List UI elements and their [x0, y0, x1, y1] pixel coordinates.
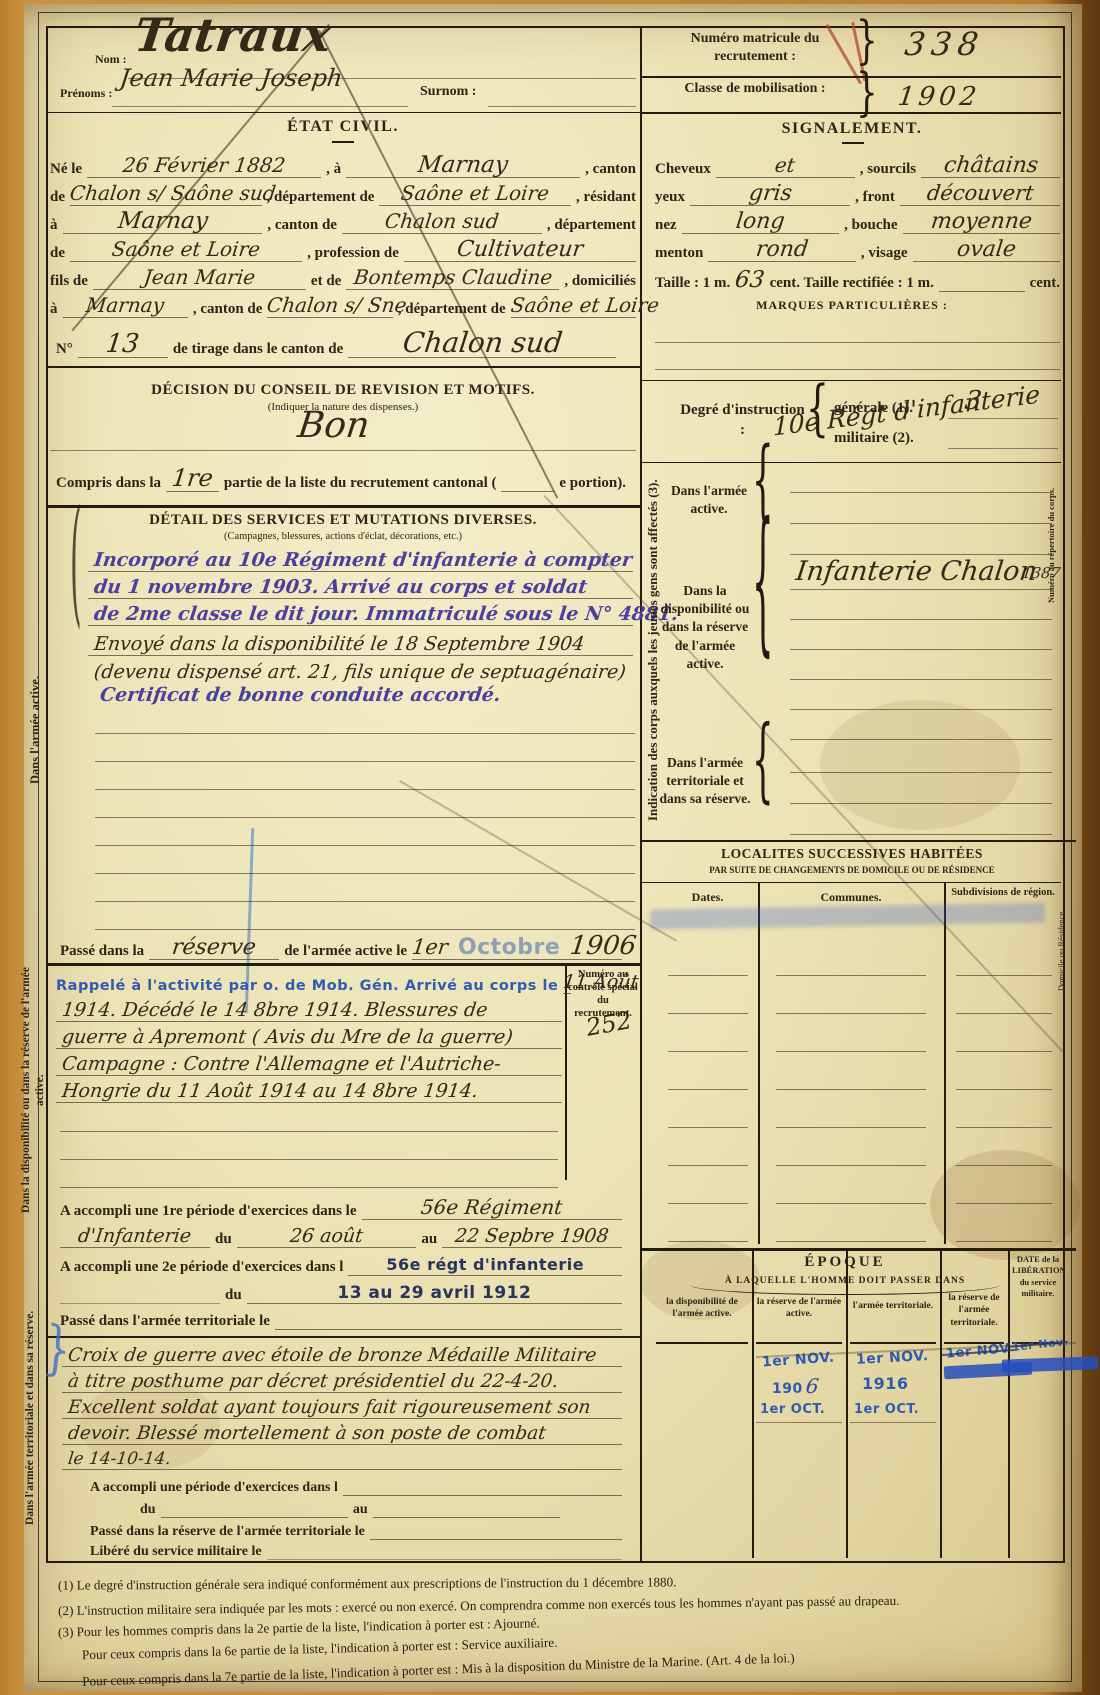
field-line: Excellent soldat ayant toujours fait rig… — [62, 1399, 622, 1419]
epoque-col3-year-stamp: 1916 — [862, 1374, 909, 1393]
field-label: A accompli une 1re période d'exercices d… — [60, 1203, 357, 1220]
ruled-line — [790, 590, 1052, 620]
ruled-line — [60, 1104, 558, 1132]
ruled-line — [668, 1128, 748, 1166]
main-column-divider — [640, 26, 642, 1562]
localites-title: LOCALITES SUCCESSIVES HABITÉES — [642, 846, 1062, 862]
field-line: Bontemps Claudine — [346, 267, 559, 290]
marques-label: MARQUES PARTICULIÈRES : — [642, 298, 1062, 313]
localites-subdiv-lines — [956, 938, 1052, 1242]
passe-date-year: 1906 — [569, 933, 638, 959]
field-line: Hongrie du 11 Août 1914 au 14 8bre 1914. — [56, 1082, 562, 1103]
classe-divider — [642, 112, 1061, 114]
controle-value: 252 — [584, 1008, 633, 1040]
field-label: e portion). — [559, 475, 626, 492]
etat-civil-row: de Chalon s/ Saône sud , département de … — [50, 178, 636, 206]
service-line: Incorporé au 10e Régiment d'infanterie à… — [88, 546, 633, 572]
localites-col-communes: Communes. — [762, 890, 940, 905]
citation-entry: le 14-10-14. — [67, 1451, 172, 1468]
localites-col-subdivisions: Subdivisions de région. — [948, 886, 1058, 899]
epoque-title: ÉPOQUE — [660, 1254, 1030, 1271]
localites-dates-lines — [668, 938, 748, 1242]
blank-ruled-lines — [95, 706, 635, 930]
field-line: 26 août — [237, 1227, 417, 1248]
field-label: , résidant — [576, 189, 636, 206]
matricule-brace: } — [856, 16, 878, 67]
classe-brace: } — [856, 68, 878, 119]
field-label: à — [50, 217, 58, 234]
field-line: Croix de guerre avec étoile de bronze Mé… — [62, 1347, 622, 1367]
ruled-line — [756, 1422, 842, 1423]
field-line: guerre à Apremont ( Avis du Mre de la gu… — [56, 1028, 562, 1049]
passe-date-day: 1er — [411, 937, 449, 958]
citation-line: Excellent soldat ayant toujours fait rig… — [62, 1394, 622, 1419]
field-line: Saône et Loire — [70, 239, 302, 262]
services-subtitle: (Campagnes, blessures, actions d'éclat, … — [50, 531, 636, 542]
ruled-line — [790, 462, 1052, 493]
field-line: réserve — [149, 937, 279, 960]
field-line: Chalon s/ Saône sud — [70, 183, 262, 206]
epoque-col3-oct-stamp: 1er OCT. — [854, 1402, 919, 1417]
prenoms-value: Jean Marie Joseph — [119, 66, 344, 90]
corps-brace: { — [752, 505, 774, 661]
field-line: de 2me classe le dit jour. Immatriculé s… — [88, 605, 633, 626]
passe-reserve-row: Passé dans la réserve de l'armée active … — [60, 928, 622, 960]
section-divider-thick — [642, 1248, 1076, 1251]
rappel-line: Hongrie du 11 Août 1914 au 14 8bre 1914. — [56, 1077, 562, 1103]
periode-blank-row: A accompli une période d'exercices dans … — [90, 1472, 622, 1496]
section-divider — [46, 1336, 640, 1338]
rappel-stamp: Rappelé à l'activité par o. de Mob. Gén.… — [56, 978, 558, 994]
taille-row: Taille : 1 m. 63 cent. Taille rectifiée … — [655, 264, 1060, 292]
periode1-value: 22 Sepbre 1908 — [454, 1227, 610, 1246]
field-label: nez — [655, 217, 677, 234]
table-column-divider — [752, 1250, 754, 1558]
field-line: 22 Sepbre 1908 — [442, 1227, 622, 1248]
ruled-line — [790, 524, 1052, 555]
etat-civil-row: à Marnay , canton de Chalon s/ Sne , dép… — [50, 290, 636, 318]
field-label: fils de — [50, 273, 88, 290]
field-line — [275, 1329, 622, 1330]
table-column-divider — [940, 1250, 942, 1558]
du-au-row: du au — [140, 1496, 560, 1518]
field-line: 56e Régiment — [362, 1197, 623, 1220]
periode1-value: 26 août — [289, 1227, 364, 1246]
periode1-row2: d'Infanterie du 26 août au 22 Sepbre 190… — [60, 1220, 622, 1248]
ruled-line — [956, 1166, 1052, 1204]
passe-value: réserve — [171, 937, 258, 959]
service-entry: de 2me classe le dit jour. Immatriculé s… — [93, 605, 679, 624]
field-label: yeux — [655, 189, 685, 206]
blank-ruled-lines — [655, 316, 1060, 370]
certificat-line: Certificat de bonne conduite accordé. — [100, 686, 501, 706]
ruled-line — [790, 560, 1052, 590]
field-line: 13 au 29 avril 1912 — [247, 1285, 622, 1304]
ruled-line — [668, 1014, 748, 1052]
decision-value: Bon — [296, 408, 372, 444]
decision-title: DÉCISION DU CONSEIL DE REVISION ET MOTIF… — [50, 382, 636, 399]
header-underline — [756, 1342, 842, 1344]
field-line: rond — [708, 239, 856, 262]
field-line: 11 Août — [563, 973, 571, 994]
degre-militaire-label: militaire (2). — [834, 430, 914, 447]
ruled-line — [668, 1166, 748, 1204]
rappel-date: 11 Août — [562, 973, 640, 992]
blue-redaction-bar — [1002, 1356, 1098, 1372]
tirage-label: de tirage dans le canton de — [173, 341, 343, 358]
field-line: du 1 novembre 1903. Arrivé au corps et s… — [88, 578, 633, 599]
etat-civil-row: de Saône et Loire , profession de Cultiv… — [50, 234, 636, 262]
field-label: , bouche — [844, 217, 897, 234]
field-line: long — [682, 211, 840, 234]
ruled-line — [95, 818, 635, 846]
classe-label: Classe de mobilisation : — [655, 80, 855, 98]
field-line: 13 — [78, 331, 168, 358]
field-value: Chalon s/ Sne — [266, 295, 408, 315]
field-line — [267, 1559, 622, 1560]
field-line — [939, 291, 1025, 292]
field-label: du — [215, 1231, 232, 1248]
scanned-military-record: Nom : Tatraux Prénoms : Jean Marie Josep… — [0, 0, 1100, 1695]
localites-communes-lines — [776, 938, 926, 1242]
ruled-line — [668, 1090, 748, 1128]
matricule-label: Numéro matricule du recrutement : — [655, 30, 855, 66]
epoque-col4-header: la réserve de l'armée territoriale. — [944, 1292, 1004, 1329]
field-line: châtains — [921, 155, 1060, 178]
section-divider — [46, 366, 640, 368]
classe-value: 1902 — [896, 84, 981, 110]
field-label: , canton de — [193, 301, 263, 318]
field-label: , département — [547, 217, 636, 234]
localites-side-label: Domicile ou Résidence — [1056, 886, 1066, 1016]
ruled-line — [790, 742, 1052, 773]
ruled-line — [668, 976, 748, 1014]
ruled-line — [790, 710, 1052, 740]
field-label: cent. Taille rectifiée : 1 m. — [770, 275, 934, 292]
ruled-line — [956, 1014, 1052, 1052]
field-label: , à — [326, 161, 341, 178]
ruled-line — [655, 316, 1060, 343]
ruled-line — [95, 706, 635, 734]
field-value: Marnay — [417, 154, 510, 177]
field-value: Chalon sud — [384, 211, 500, 231]
field-line: 1er Octobre 1906 — [412, 933, 622, 960]
corps-terr-label: Dans l'armée territoriale et dans sa rés… — [658, 754, 752, 809]
header-underline — [656, 1342, 748, 1344]
epoque-date-header: DATE de la LIBÉRATION du service militai… — [1012, 1254, 1064, 1300]
field-value: Cultivateur — [456, 239, 585, 261]
ruled-line — [95, 846, 635, 874]
rappel-line: Campagne : Contre l'Allemagne et l'Autri… — [56, 1050, 562, 1076]
tirage-value: Chalon sud — [401, 329, 564, 357]
field-line: 1914. Décédé le 14 8bre 1914. Blessures … — [56, 1001, 562, 1022]
field-line: Chalon s/ Sne — [267, 295, 392, 318]
ruled-line — [655, 343, 1060, 370]
field-value: Chalon s/ Saône sud — [69, 183, 277, 203]
periode2-dates-stamp: 13 au 29 avril 1912 — [337, 1285, 531, 1303]
corps-active-label: Dans l'armée active. — [666, 482, 752, 517]
field-label: au — [421, 1231, 437, 1248]
field-value: Jean Marie — [143, 267, 257, 287]
periode1-value: d'Infanterie — [77, 1227, 192, 1246]
field-label: Passé dans la — [60, 943, 144, 960]
ruled-line — [776, 938, 926, 976]
field-line: ovale — [913, 239, 1061, 262]
field-label: A accompli une période d'exercices dans … — [90, 1480, 338, 1496]
ruled-line — [668, 1204, 748, 1242]
ruled-line — [95, 762, 635, 790]
corps-dispo-label: Dans la disponibilité ou dans la réserve… — [658, 582, 752, 673]
tirage-number: 13 — [105, 331, 141, 357]
surnom-label: Surnom : — [420, 84, 476, 100]
ruled-line — [95, 790, 635, 818]
rappel-entry: Campagne : Contre l'Allemagne et l'Autri… — [61, 1055, 502, 1074]
field-label: de — [50, 189, 65, 206]
field-line: 1re — [166, 466, 219, 492]
epoque-col2-oct-stamp: 1er OCT. — [760, 1402, 825, 1417]
territoriale-row: Passé dans l'armée territoriale le — [60, 1304, 622, 1330]
ruled-line — [776, 1128, 926, 1166]
rappel-entry: 1914. Décédé le 14 8bre 1914. Blessures … — [61, 1001, 489, 1020]
corps-dispo-lines — [790, 560, 1052, 740]
service-line: (devenu dispensé art. 21, fils unique de… — [88, 657, 633, 683]
ruled-line — [668, 938, 748, 976]
prenoms-line — [112, 106, 408, 107]
field-line: gris — [690, 183, 850, 206]
epoque-col2-year-stamp: 190 — [772, 1381, 803, 1397]
ruled-line — [776, 1090, 926, 1128]
field-label: Libéré du service militaire le — [90, 1544, 262, 1560]
corps-terr-lines — [790, 742, 1052, 835]
localites-col-dates: Dates. — [660, 890, 755, 905]
field-label: et de — [311, 273, 341, 290]
field-label: , visage — [861, 245, 908, 262]
ruled-line — [776, 976, 926, 1014]
etat-civil-row: Né le 26 Février 1882 , à Marnay , canto… — [50, 148, 636, 178]
ruled-line — [95, 874, 635, 902]
ruled-line — [850, 1422, 936, 1423]
field-value: moyenne — [929, 211, 1033, 233]
field-line: à titre posthume par décret présidentiel… — [62, 1373, 622, 1393]
field-line: devoir. Blessé mortellement à son poste … — [62, 1425, 622, 1445]
header-underline — [850, 1342, 936, 1344]
field-label: du — [225, 1287, 242, 1304]
ruled-line — [776, 1014, 926, 1052]
field-line: d'Infanterie — [60, 1227, 210, 1248]
margin-brace: ( — [70, 498, 82, 636]
field-line: Marnay — [63, 295, 188, 318]
taille-value: 63 — [734, 269, 766, 292]
field-line: le 14-10-14. — [62, 1451, 622, 1470]
signalement-title: SIGNALEMENT. — [642, 120, 1062, 138]
field-value: châtains — [942, 155, 1039, 177]
ruled-line — [956, 1090, 1052, 1128]
signalement-row: yeux gris , front découvert — [655, 178, 1060, 206]
ruled-line — [60, 1132, 558, 1160]
ruled-line — [790, 804, 1052, 835]
service-entry: Incorporé au 10e Régiment d'infanterie à… — [93, 551, 633, 570]
field-value: rond — [755, 239, 810, 261]
field-label: Cheveux — [655, 161, 711, 178]
title-dash — [842, 142, 864, 144]
citation-entry: Croix de guerre avec étoile de bronze Mé… — [67, 1347, 598, 1366]
ruled-line — [948, 448, 1058, 449]
epoque-col1-header: la disponibilité de l'armée active. — [655, 1296, 749, 1321]
margin-label-territoriale: Dans l'armée territoriale et dans sa rés… — [24, 1310, 58, 1525]
matricule-divider — [642, 76, 1061, 78]
field-label: cent. — [1030, 275, 1060, 292]
epoque-col2-year: 1906 — [772, 1376, 818, 1398]
field-line: (devenu dispensé art. 21, fils unique de… — [88, 663, 633, 683]
etat-civil-row: à Marnay , canton de Chalon sud , départ… — [50, 206, 636, 234]
matricule-value: 338 — [903, 28, 986, 60]
field-line: Marnay — [346, 154, 580, 178]
field-line: Jean Marie — [93, 267, 306, 290]
localites-subtitle: PAR SUITE DE CHANGEMENTS DE DOMICILE OU … — [642, 865, 1062, 875]
field-value: Saône et Loire — [111, 239, 262, 259]
services-title: DÉTAIL DES SERVICES ET MUTATIONS DIVERSE… — [50, 512, 636, 529]
ruled-line — [668, 1052, 748, 1090]
title-dash — [332, 141, 354, 143]
corps-active-lines — [790, 462, 1052, 555]
section-divider-thick — [46, 505, 640, 508]
rappel-entry: Hongrie du 11 Août 1914 au 14 8bre 1914. — [61, 1082, 479, 1101]
periode1-value: 56e Régiment — [420, 1197, 564, 1217]
ruled-line — [790, 620, 1052, 650]
signalement-row: nez long , bouche moyenne — [655, 206, 1060, 234]
field-value: long — [735, 211, 786, 233]
ruled-line — [790, 650, 1052, 680]
section-divider — [642, 840, 1076, 842]
table-column-divider — [944, 882, 946, 1244]
table-column-divider — [846, 1250, 848, 1558]
citation-line: Croix de guerre avec étoile de bronze Mé… — [62, 1342, 622, 1367]
field-label: de l'armée active le — [284, 943, 407, 960]
field-value: Bontemps Claudine — [352, 267, 553, 287]
table-column-divider — [1008, 1250, 1010, 1558]
service-entry: Certificat de bonne conduite accordé. — [99, 686, 502, 705]
service-entry: Envoyé dans la disponibilité le 18 Septe… — [93, 635, 586, 654]
field-label: , profession de — [307, 245, 399, 262]
field-label: , canton — [585, 161, 636, 178]
tirage-no-label: N° — [56, 341, 73, 358]
field-label: Taille : 1 m. — [655, 275, 730, 292]
ruled-line — [956, 976, 1052, 1014]
citation-line: devoir. Blessé mortellement à son poste … — [62, 1420, 622, 1445]
epoque-col3-header: l'armée territoriale. — [850, 1300, 936, 1312]
ruled-line — [790, 680, 1052, 710]
field-label: , département de — [398, 301, 506, 318]
field-label: Passé dans la réserve de l'armée territo… — [90, 1524, 365, 1540]
ruled-line — [956, 1128, 1052, 1166]
field-line: Chalon sud — [342, 211, 542, 234]
field-value: Marnay — [116, 210, 209, 233]
service-entry: du 1 novembre 1903. Arrivé au corps et s… — [93, 578, 588, 597]
ruled-line — [60, 1160, 558, 1188]
field-label: Passé dans l'armée territoriale le — [60, 1313, 270, 1330]
field-line: et — [716, 155, 855, 178]
corps-brace: { — [752, 715, 774, 807]
field-label: , domiciliés — [564, 273, 636, 290]
field-label: , sourcils — [860, 161, 916, 178]
nom-value: Tatraux — [132, 12, 333, 58]
ruled-line — [790, 773, 1052, 804]
section-divider — [642, 380, 1061, 381]
field-line — [501, 491, 554, 492]
rappel-entry: guerre à Apremont ( Avis du Mre de la gu… — [61, 1028, 514, 1047]
footnote-1: (1) Le degré d'instruction générale sera… — [58, 1574, 677, 1593]
ruled-line — [956, 938, 1052, 976]
field-label: menton — [655, 245, 703, 262]
service-entry: (devenu dispensé art. 21, fils unique de… — [93, 663, 627, 682]
field-label: Né le — [50, 161, 82, 178]
periode2-row2: du 13 au 29 avril 1912 — [60, 1276, 622, 1304]
field-label: , département de — [267, 189, 375, 206]
periode2-row: A accompli une 2e période d'exercices da… — [60, 1248, 622, 1276]
field-line: Incorporé au 10e Régiment d'infanterie à… — [88, 551, 633, 572]
field-label: au — [353, 1502, 368, 1518]
periode2-stamp: 56e régt d'infanterie — [386, 1257, 584, 1274]
citation-entry: à titre posthume par décret présidentiel… — [67, 1373, 559, 1392]
etat-civil-row: fils de Jean Marie et de Bontemps Claudi… — [50, 262, 636, 290]
ruled-line — [95, 902, 635, 930]
ruled-line — [776, 1204, 926, 1242]
field-value: Saône et Loire — [509, 295, 660, 315]
service-line: du 1 novembre 1903. Arrivé au corps et s… — [88, 573, 633, 599]
field-line: Saône et Loire — [379, 183, 571, 206]
libere-row: Libéré du service militaire le — [90, 1540, 622, 1560]
controle-column-divider — [565, 963, 567, 1180]
field-line: moyenne — [903, 211, 1061, 234]
field-line: Marnay — [63, 210, 263, 234]
field-line: découvert — [900, 183, 1060, 206]
field-label: , front — [855, 189, 895, 206]
service-line: de 2me classe le dit jour. Immatriculé s… — [88, 600, 633, 626]
field-label: A accompli une 2e période d'exercices da… — [60, 1259, 343, 1276]
periode1-row: A accompli une 1re période d'exercices d… — [60, 1192, 622, 1220]
ruled-line — [776, 1052, 926, 1090]
field-line: 26 Février 1882 — [87, 155, 321, 178]
citation-entry: devoir. Blessé mortellement à son poste … — [67, 1425, 547, 1444]
tirage-row: N° 13 de tirage dans le canton de Chalon… — [56, 322, 616, 358]
epoque-col2-header: la réserve de l'armée active. — [756, 1296, 842, 1321]
ruled-line — [50, 450, 636, 451]
field-value: et — [774, 155, 796, 175]
reserve-territoriale-row: Passé dans la réserve de l'armée territo… — [90, 1518, 622, 1540]
field-line: Campagne : Contre l'Allemagne et l'Autri… — [56, 1055, 562, 1076]
prenoms-label: Prénoms : — [60, 86, 112, 101]
ruled-line — [956, 1204, 1052, 1242]
margin-label-armee-active: Dans l'armée active. — [28, 640, 43, 820]
field-value: ovale — [955, 239, 1017, 261]
citation-line: le 14-10-14. — [62, 1446, 622, 1470]
rappel-row: Rappelé à l'activité par o. de Mob. Gén.… — [56, 966, 562, 994]
field-value: gris — [747, 183, 793, 205]
blank-ruled-lines — [60, 1104, 558, 1188]
ruled-line — [790, 493, 1052, 524]
field-value: 26 Février 1882 — [122, 155, 287, 175]
field-line: Envoyé dans la disponibilité le 18 Septe… — [88, 635, 633, 656]
field-line: Chalon sud — [348, 329, 616, 358]
epoque-col2-year-handwritten: 6 — [805, 1376, 820, 1396]
field-line: 56e régt d'infanterie — [348, 1257, 622, 1276]
margin-label-disponibilite: Dans la disponibilité ou dans la réserve… — [20, 965, 54, 1215]
field-value: Marnay — [85, 295, 166, 315]
service-line: Envoyé dans la disponibilité le 18 Septe… — [88, 630, 633, 656]
surnom-line — [488, 106, 636, 107]
octobre-stamp: Octobre — [458, 936, 560, 959]
field-label: partie de la liste du recrutement canton… — [224, 475, 497, 492]
